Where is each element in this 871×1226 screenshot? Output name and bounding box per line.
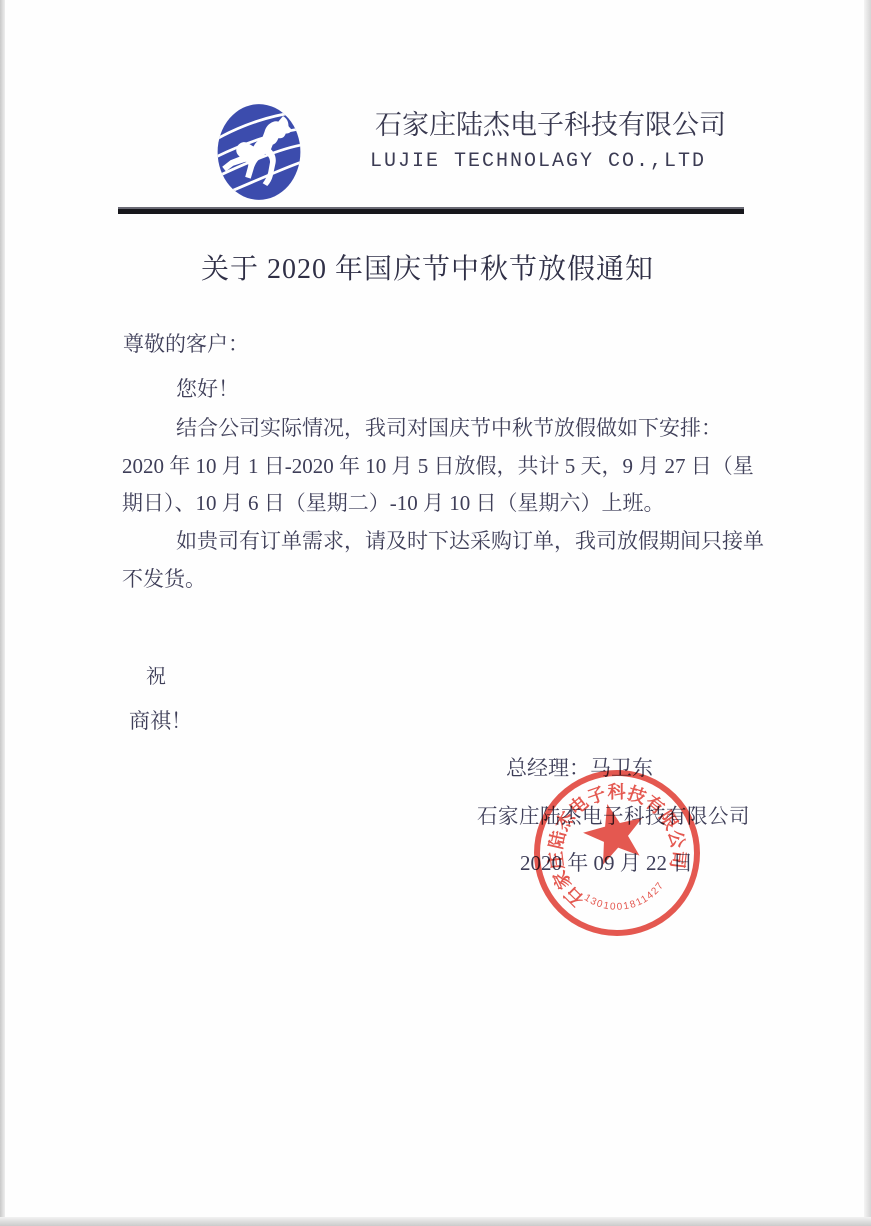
letterhead-company-name-en: LUJIE TECHNOLAGY CO.,LTD <box>370 150 690 173</box>
svg-text:1301001811427: 1301001811427 <box>580 866 671 926</box>
salutation-line: 尊敬的客户： <box>123 328 249 358</box>
scanned-letter-page: 石家庄陆杰电子科技有限公司 LUJIE TECHNOLAGY CO.,LTD 关… <box>0 0 871 1226</box>
letterhead-divider-rule <box>118 207 744 214</box>
horse-globe-logo-icon <box>213 101 305 203</box>
closing-wish-line: 商祺！ <box>129 705 192 735</box>
body-line: 不发货。 <box>122 563 206 593</box>
letterhead-company-name-zh: 石家庄陆杰电子科技有限公司 <box>375 103 711 142</box>
notice-title: 关于 2020 年国庆节中秋节放假通知 <box>0 247 863 287</box>
body-line: 期日）、10 月 6 日（星期二）-10 月 10 日（星期六）上班。 <box>122 487 665 517</box>
seal-serial-number: 1301001811427 <box>580 866 671 926</box>
body-line: 2020 年 10 月 1 日-2020 年 10 月 5 日放假，共计 5 天… <box>122 450 754 480</box>
greeting-line: 您好！ <box>176 373 239 403</box>
page-edge-shadow-left <box>0 0 5 1226</box>
company-seal-stamp: 石家庄陆杰电子科技有限公司 1301001811427 <box>529 765 705 941</box>
closing-wish-line: 祝 <box>146 660 166 689</box>
body-line: 结合公司实际情况，我司对国庆节中秋节放假做如下安排： <box>176 412 722 442</box>
page-edge-shadow-bottom <box>0 1217 871 1226</box>
page-edge-shadow-right <box>864 0 871 1226</box>
body-line: 如贵司有订单需求，请及时下达采购订单，我司放假期间只接单 <box>176 525 764 555</box>
